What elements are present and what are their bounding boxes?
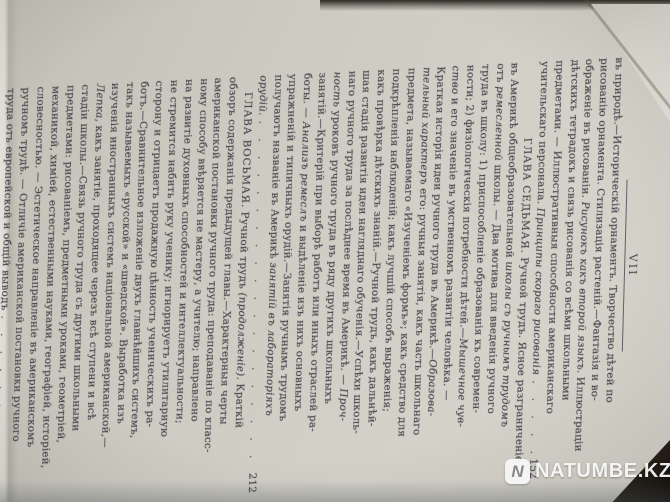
natumbe-logo-icon: N <box>505 459 530 484</box>
book-page-photo: VII въ природѣ.—Историческій орнаментъ. … <box>0 0 670 502</box>
watermark: N NATUMBE.KZ <box>505 459 670 484</box>
photo-vignette <box>0 0 670 502</box>
watermark-text: NATUMBE.KZ <box>535 460 670 483</box>
